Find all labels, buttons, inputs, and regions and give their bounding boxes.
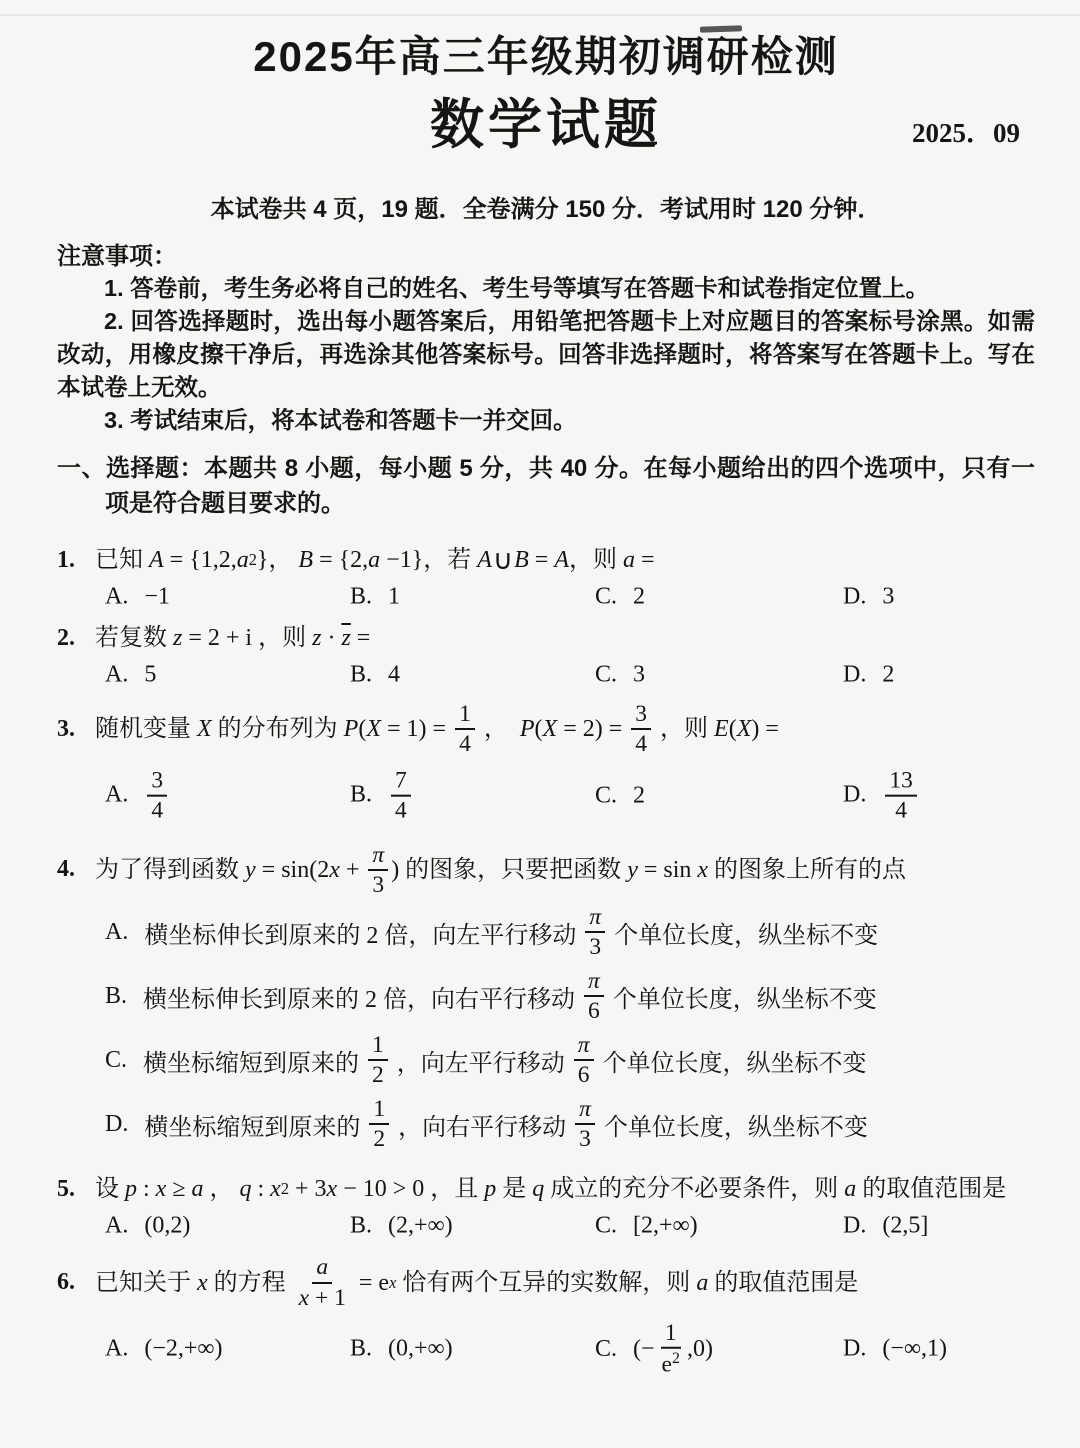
question: 4. 为了得到函数 y = sin(2x + π3) 的图象，只要把函数 y =… (57, 842, 1035, 1155)
question-stem-row: 5. 设 p : x ≥ a ， q : x2 + 3x − 10 > 0 ，且… (57, 1170, 1035, 1208)
option-value: 横坐标缩短到原来的 12 ，向右平行移动 π3 个单位长度，纵坐标不变 (144, 1096, 868, 1153)
question-number: 3. (57, 716, 95, 743)
question: 6. 已知关于 x 的方程 ax + 1 = ex 恰有两个互异的实数解，则 a… (57, 1254, 1035, 1387)
option-C: C.(−1e2,0) (595, 1320, 713, 1378)
option-A: A.−1 (105, 584, 170, 611)
option-label: D. (843, 662, 866, 689)
question: 5. 设 p : x ≥ a ， q : x2 + 3x − 10 > 0 ，且… (57, 1170, 1035, 1244)
question-stem: 已知 A = {1,2,a2}， B = {2,a −1}，若 A∪B = A，… (95, 543, 655, 577)
question-number: 6. (57, 1269, 95, 1296)
option-value: 横坐标缩短到原来的 12 ，向左平行移动 π6 个单位长度，纵坐标不变 (143, 1032, 867, 1089)
option-value: 2 (633, 782, 645, 809)
question-stem: 若复数 z = 2 + i ，则 z · z = (95, 621, 370, 655)
subtitle-row: 数学试题 2025．09 (57, 94, 1035, 158)
option-label: A. (105, 782, 128, 809)
option-label: D. (843, 1213, 866, 1240)
exam-title: 2025年高三年级期初调研检测 (57, 34, 1035, 80)
question-options: A.(0,2)B.(2,+∞)C.[2,+∞)D.(2,5] (57, 1208, 1035, 1244)
question: 1. 已知 A = {1,2,a2}， B = {2,a −1}，若 A∪B =… (57, 541, 1035, 615)
option-value: (−2,+∞) (144, 1335, 222, 1362)
option-D: D.2 (843, 662, 894, 689)
option-C: C.2 (595, 584, 645, 611)
question-options: A.34B.74C.2D.134 (57, 758, 1035, 834)
exam-info-line: 本试卷共 4 页，19 题．全卷满分 150 分．考试用时 120 分钟． (57, 196, 1035, 224)
option-label: C. (595, 1213, 617, 1240)
exam-date: 2025．09 (912, 111, 1020, 150)
notice-item-1: 1. 答卷前，考生务必将自己的姓名、考生号等填写在答题卡和试卷指定位置上。 (57, 272, 1035, 305)
question-list: 1. 已知 A = {1,2,a2}， B = {2,a −1}，若 A∪B =… (57, 541, 1035, 1387)
option-label: C. (105, 1047, 127, 1074)
option-D: D.(−∞,1) (843, 1335, 947, 1362)
question: 2. 若复数 z = 2 + i ，则 z · z = A.5B.4C.3D.2 (57, 619, 1035, 693)
option-label: B. (105, 983, 127, 1010)
option-value: 74 (388, 767, 414, 824)
option-A: A.34 (105, 767, 170, 824)
option-C: C.横坐标缩短到原来的 12 ，向左平行移动 π6 个单位长度，纵坐标不变 (105, 1030, 1035, 1090)
option-label: C. (595, 662, 617, 689)
option-label: D. (105, 1111, 128, 1138)
option-value: (0,+∞) (388, 1335, 453, 1362)
option-A: A.(0,2) (105, 1213, 190, 1240)
question-number: 5. (57, 1176, 95, 1203)
question-stem-row: 3. 随机变量 X 的分布列为 P(X = 1) = 14 ， P(X = 2)… (57, 701, 1035, 758)
option-A: A.5 (105, 662, 156, 689)
option-label: C. (595, 584, 617, 611)
option-C: C.[2,+∞) (595, 1213, 698, 1240)
exam-subtitle: 数学试题 (430, 94, 662, 156)
option-value: 3 (633, 662, 645, 689)
option-label: C. (595, 782, 617, 809)
question: 3. 随机变量 X 的分布列为 P(X = 1) = 14 ， P(X = 2)… (57, 701, 1035, 834)
option-label: A. (105, 662, 128, 689)
question-stem-row: 6. 已知关于 x 的方程 ax + 1 = ex 恰有两个互异的实数解，则 a… (57, 1254, 1035, 1311)
option-A: A.(−2,+∞) (105, 1335, 223, 1362)
option-B: B.横坐标伸长到原来的 2 倍，向右平行移动 π6 个单位长度，纵坐标不变 (105, 966, 1035, 1026)
question-options: A.−1B.1C.2D.3 (57, 579, 1035, 615)
option-label: C. (595, 1335, 617, 1362)
option-label: A. (105, 584, 128, 611)
option-D: D.134 (843, 767, 920, 824)
question-stem: 随机变量 X 的分布列为 P(X = 1) = 14 ， P(X = 2) = … (95, 701, 779, 758)
option-value: (2,5] (882, 1213, 928, 1240)
option-C: C.2 (595, 782, 645, 809)
option-label: D. (843, 584, 866, 611)
option-label: A. (105, 1213, 128, 1240)
option-value: 横坐标伸长到原来的 2 倍，向右平行移动 π6 个单位长度，纵坐标不变 (143, 968, 877, 1025)
option-value: (2,+∞) (388, 1213, 453, 1240)
exam-page: 2025年高三年级期初调研检测 数学试题 2025．09 本试卷共 4 页，19… (0, 0, 1080, 1387)
question-number: 4. (57, 856, 95, 883)
scan-line-artifact (0, 14, 1080, 16)
option-value: −1 (144, 584, 170, 611)
option-value: 34 (144, 767, 170, 824)
question-options: A.5B.4C.3D.2 (57, 657, 1035, 693)
option-B: B.74 (350, 767, 414, 824)
option-D: D.横坐标缩短到原来的 12 ，向右平行移动 π3 个单位长度，纵坐标不变 (105, 1094, 1035, 1154)
option-label: B. (350, 662, 372, 689)
option-value: 2 (882, 662, 894, 689)
option-B: B.(2,+∞) (350, 1213, 453, 1240)
option-value: (−∞,1) (882, 1335, 947, 1362)
question-stem: 设 p : x ≥ a ， q : x2 + 3x − 10 > 0 ，且 p … (95, 1172, 1006, 1206)
notice-item-2: 2. 回答选择题时，选出每小题答案后，用铅笔把答题卡上对应题目的答案标号涂黑。如… (57, 305, 1035, 404)
option-value: 横坐标伸长到原来的 2 倍，向左平行移动 π3 个单位长度，纵坐标不变 (144, 904, 878, 961)
question-stem-row: 1. 已知 A = {1,2,a2}， B = {2,a −1}，若 A∪B =… (57, 541, 1035, 579)
question-stem: 已知关于 x 的方程 ax + 1 = ex 恰有两个互异的实数解，则 a 的取… (95, 1254, 858, 1311)
scan-smudge-artifact (700, 25, 742, 32)
option-label: D. (843, 782, 866, 809)
question-number: 2. (57, 625, 95, 652)
option-C: C.3 (595, 662, 645, 689)
question-options: A.(−2,+∞)B.(0,+∞)C.(−1e2,0)D.(−∞,1) (57, 1311, 1035, 1387)
option-label: A. (105, 1335, 128, 1362)
option-label: B. (350, 1213, 372, 1240)
option-label: B. (350, 1335, 372, 1362)
notice-item-3: 3. 考试结束后，将本试卷和答题卡一并交回。 (57, 404, 1035, 437)
question-options: A.横坐标伸长到原来的 2 倍，向左平行移动 π3 个单位长度，纵坐标不变B.横… (57, 902, 1035, 1154)
option-D: D.(2,5] (843, 1213, 928, 1240)
option-label: A. (105, 919, 128, 946)
option-label: B. (350, 584, 372, 611)
option-value: (0,2) (144, 1213, 190, 1240)
question-stem-row: 2. 若复数 z = 2 + i ，则 z · z = (57, 619, 1035, 657)
option-B: B.1 (350, 584, 400, 611)
option-value: 3 (882, 584, 894, 611)
option-B: B.(0,+∞) (350, 1335, 453, 1362)
option-label: B. (350, 782, 372, 809)
option-value: 2 (633, 584, 645, 611)
notices-title: 注意事项： (57, 242, 1035, 272)
question-stem-row: 4. 为了得到函数 y = sin(2x + π3) 的图象，只要把函数 y =… (57, 842, 1035, 899)
option-B: B.4 (350, 662, 400, 689)
option-label: D. (843, 1335, 866, 1362)
option-A: A.横坐标伸长到原来的 2 倍，向左平行移动 π3 个单位长度，纵坐标不变 (105, 902, 1035, 962)
option-value: 4 (388, 662, 400, 689)
question-stem: 为了得到函数 y = sin(2x + π3) 的图象，只要把函数 y = si… (95, 842, 906, 899)
option-value: 5 (144, 662, 156, 689)
question-number: 1. (57, 547, 95, 574)
option-value: 1 (388, 584, 400, 611)
option-value: [2,+∞) (633, 1213, 698, 1240)
option-value: (−1e2,0) (633, 1320, 713, 1378)
option-value: 134 (882, 767, 920, 824)
option-D: D.3 (843, 584, 894, 611)
section-heading: 一、选择题：本题共 8 小题，每小题 5 分，共 40 分。在每小题给出的四个选… (57, 451, 1035, 521)
